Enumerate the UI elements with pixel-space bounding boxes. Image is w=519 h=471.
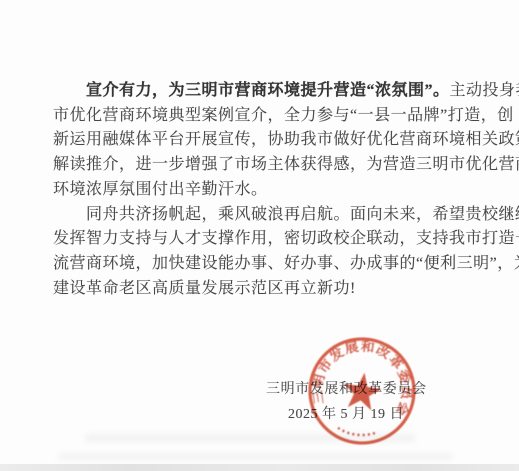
letter-page: 宣介有力，为三明市营商环境提升营造“浓氛围”。主动投身我 市优化营商环境典型案例…: [0, 0, 519, 471]
seal-star-icon: [341, 370, 384, 411]
seal-bottom-code-dots: [337, 428, 374, 437]
official-seal: 三明市发展和改革委员会: [0, 0, 519, 471]
